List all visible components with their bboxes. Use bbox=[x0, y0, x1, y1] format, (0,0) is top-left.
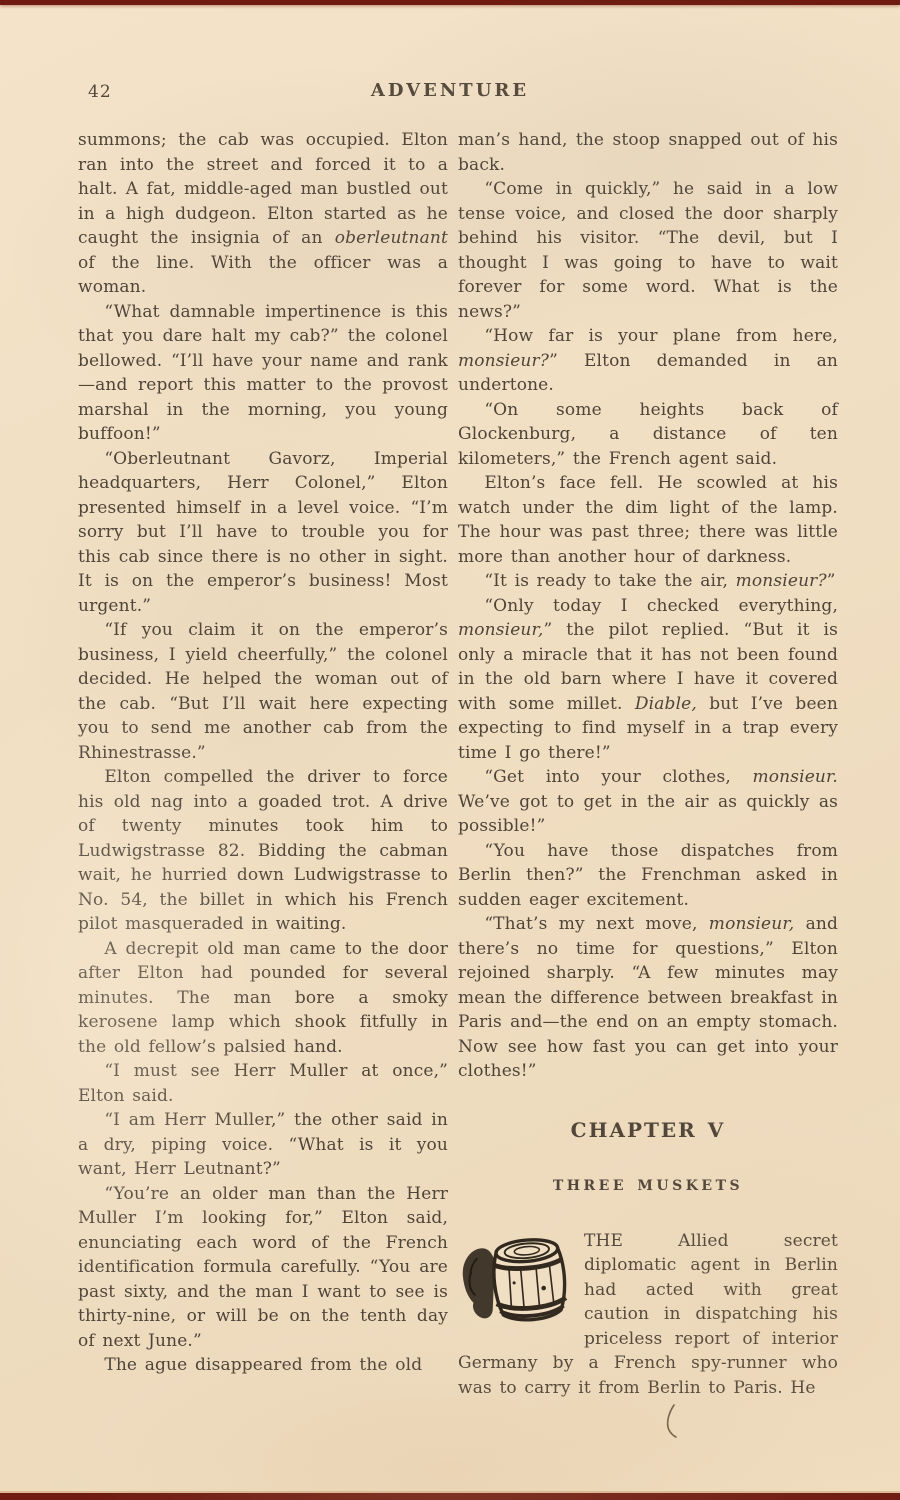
paragraph: Elton compelled the driver to force his … bbox=[78, 765, 448, 937]
chapter-sub: THREE MUSKETS bbox=[458, 1174, 838, 1199]
paragraph: “You’re an older man than the Herr Mulle… bbox=[78, 1182, 448, 1354]
paragraph: man’s hand, the stoop snapped out of his… bbox=[458, 128, 838, 177]
text-column-left: summons; the cab was occupied. Elton ran… bbox=[78, 128, 448, 1400]
paragraph: “Come in quickly,” he said in a low tens… bbox=[458, 177, 838, 324]
paragraph: “I am Herr Muller,” the other said in a … bbox=[78, 1108, 448, 1182]
paragraph: “I must see Herr Muller at once,” Elton … bbox=[78, 1059, 448, 1108]
paragraph: “On some heights back of Glockenburg, a … bbox=[458, 398, 838, 472]
paragraph: “What damnable impertinence is this that… bbox=[78, 300, 448, 447]
paragraph: Elton’s face fell. He scowled at his wat… bbox=[458, 471, 838, 569]
paragraph: “It is ready to take the air, monsieur?” bbox=[458, 569, 838, 594]
paragraph: summons; the cab was occupied. Elton ran… bbox=[78, 128, 448, 300]
scan-edge-bottom bbox=[0, 1491, 900, 1500]
paragraph: THE Allied secret diplomatic agent in Be… bbox=[458, 1229, 838, 1401]
paragraph: “Only today I checked everything, monsie… bbox=[458, 594, 838, 766]
chapter-heading: CHAPTER V bbox=[458, 1118, 838, 1143]
paragraph: “If you claim it on the emperor’s busine… bbox=[78, 618, 448, 765]
text-column-right: man’s hand, the stoop snapped out of his… bbox=[458, 128, 838, 1400]
paragraph: “You have those dispatches from Berlin t… bbox=[458, 839, 838, 913]
paragraph: “That’s my next move, monsieur, and ther… bbox=[458, 912, 838, 1084]
barrel-woodcut-illustration bbox=[458, 1233, 574, 1332]
scan-artifact-mark bbox=[664, 1404, 680, 1438]
paragraph: “Get into your clothes, monsieur. We’ve … bbox=[458, 765, 838, 839]
barrel-icon bbox=[458, 1233, 574, 1332]
paragraph: “Oberleutnant Gavorz, Imperial headquart… bbox=[78, 447, 448, 619]
paragraph: The ague disappeared from the old bbox=[78, 1353, 448, 1378]
magazine-title: ADVENTURE bbox=[0, 80, 900, 101]
paragraph: A decrepit old man came to the door afte… bbox=[78, 937, 448, 1060]
paragraph: “How far is your plane from here, monsie… bbox=[458, 324, 838, 398]
magazine-page: 42 ADVENTURE summons; the cab was occupi… bbox=[0, 0, 900, 1500]
text-columns: summons; the cab was occupied. Elton ran… bbox=[78, 128, 838, 1400]
scan-edge-top bbox=[0, 0, 900, 5]
